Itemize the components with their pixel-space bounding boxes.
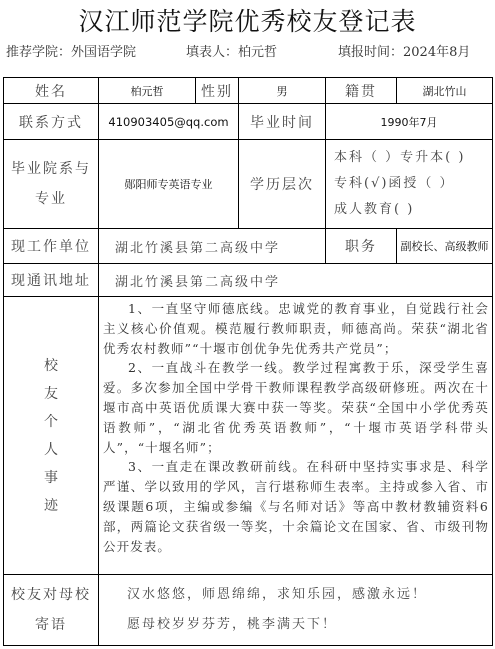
gender-value: 男 bbox=[238, 77, 326, 104]
recommending-college: 推荐学院：外国语学院 bbox=[6, 44, 136, 62]
story-label-char: 事 bbox=[44, 464, 58, 492]
workplace-label: 现工作单位 bbox=[3, 228, 99, 264]
message-label-line1: 校友对母校 bbox=[11, 580, 91, 610]
department-label: 毕业院系与 专业 bbox=[3, 139, 99, 229]
message-line-2: 愿母校岁岁芬芳，桃李满天下！ bbox=[127, 610, 337, 640]
origin-label: 籍贯 bbox=[325, 77, 397, 104]
address-value: 湖北竹溪县第二高级中学 bbox=[98, 263, 493, 297]
form-filler: 填表人：柏元哲 bbox=[186, 44, 277, 62]
message-content: 汉水悠悠，师恩绵绵，求知乐园，感激永远！ 愿母校岁岁芬芳，桃李满天下！ bbox=[98, 574, 493, 646]
degree-option-associate: 专科(√)函授（ ） bbox=[334, 171, 455, 197]
degree-option-adult-edu: 成人教育( ) bbox=[334, 197, 414, 223]
position-label: 职务 bbox=[325, 228, 397, 264]
department-label-line2: 专业 bbox=[35, 184, 67, 214]
story-paragraph-2: 2、一直战斗在教学一线。教学过程寓教于乐，深受学生喜爱。多次参加全国中学骨干教师… bbox=[103, 358, 489, 457]
story-label-char: 迹 bbox=[44, 492, 58, 520]
page-title: 汉江师范学院优秀校友登记表 bbox=[0, 6, 495, 38]
address-label: 现通讯地址 bbox=[3, 263, 99, 297]
degree-options: 本科（ ）专升本( ) 专科(√)函授（ ） 成人教育( ) bbox=[325, 139, 493, 229]
story-label-char: 友 bbox=[44, 380, 58, 408]
story-paragraph-1: 1、一直坚守师德底线。忠诚党的教育事业，自觉践行社会主义核心价值观。模范履行教师… bbox=[103, 299, 489, 358]
graduation-label: 毕业时间 bbox=[238, 103, 326, 140]
message-line-1: 汉水悠悠，师恩绵绵，求知乐园，感激永远！ bbox=[127, 580, 427, 610]
message-label: 校友对母校 寄语 bbox=[3, 574, 99, 646]
origin-value: 湖北竹山 bbox=[396, 77, 493, 104]
story-label-char: 校 bbox=[44, 352, 58, 380]
story-paragraph-3: 3、一直走在课改教研前线。在科研中坚持实事求是、科学严谨、学以致用的学风，言行堪… bbox=[103, 457, 489, 556]
personal-story-label: 校 友 个 人 事 迹 bbox=[3, 296, 99, 575]
name-label: 姓名 bbox=[3, 77, 99, 104]
position-value: 副校长、高级教师 bbox=[396, 228, 493, 264]
department-label-line1: 毕业院系与 bbox=[11, 154, 91, 184]
degree-label: 学历层次 bbox=[238, 139, 326, 229]
personal-story-content: 1、一直坚守师德底线。忠诚党的教育事业，自觉践行社会主义核心价值观。模范履行教师… bbox=[98, 296, 493, 575]
gender-label: 性别 bbox=[195, 77, 239, 104]
contact-value: 410903405@qq.com bbox=[98, 103, 239, 140]
story-label-char: 人 bbox=[44, 436, 58, 464]
department-value: 郧阳师专英语专业 bbox=[98, 139, 239, 229]
message-label-line2: 寄语 bbox=[35, 610, 67, 640]
name-value: 柏元哲 bbox=[98, 77, 196, 104]
degree-option-bachelor: 本科（ ）专升本( ) bbox=[334, 145, 465, 171]
fill-date: 填报时间：2024年8月 bbox=[338, 44, 470, 62]
graduation-value: 1990年7月 bbox=[325, 103, 493, 140]
workplace-value: 湖北竹溪县第二高级中学 bbox=[98, 228, 326, 264]
contact-label: 联系方式 bbox=[3, 103, 99, 140]
story-label-char: 个 bbox=[44, 408, 58, 436]
